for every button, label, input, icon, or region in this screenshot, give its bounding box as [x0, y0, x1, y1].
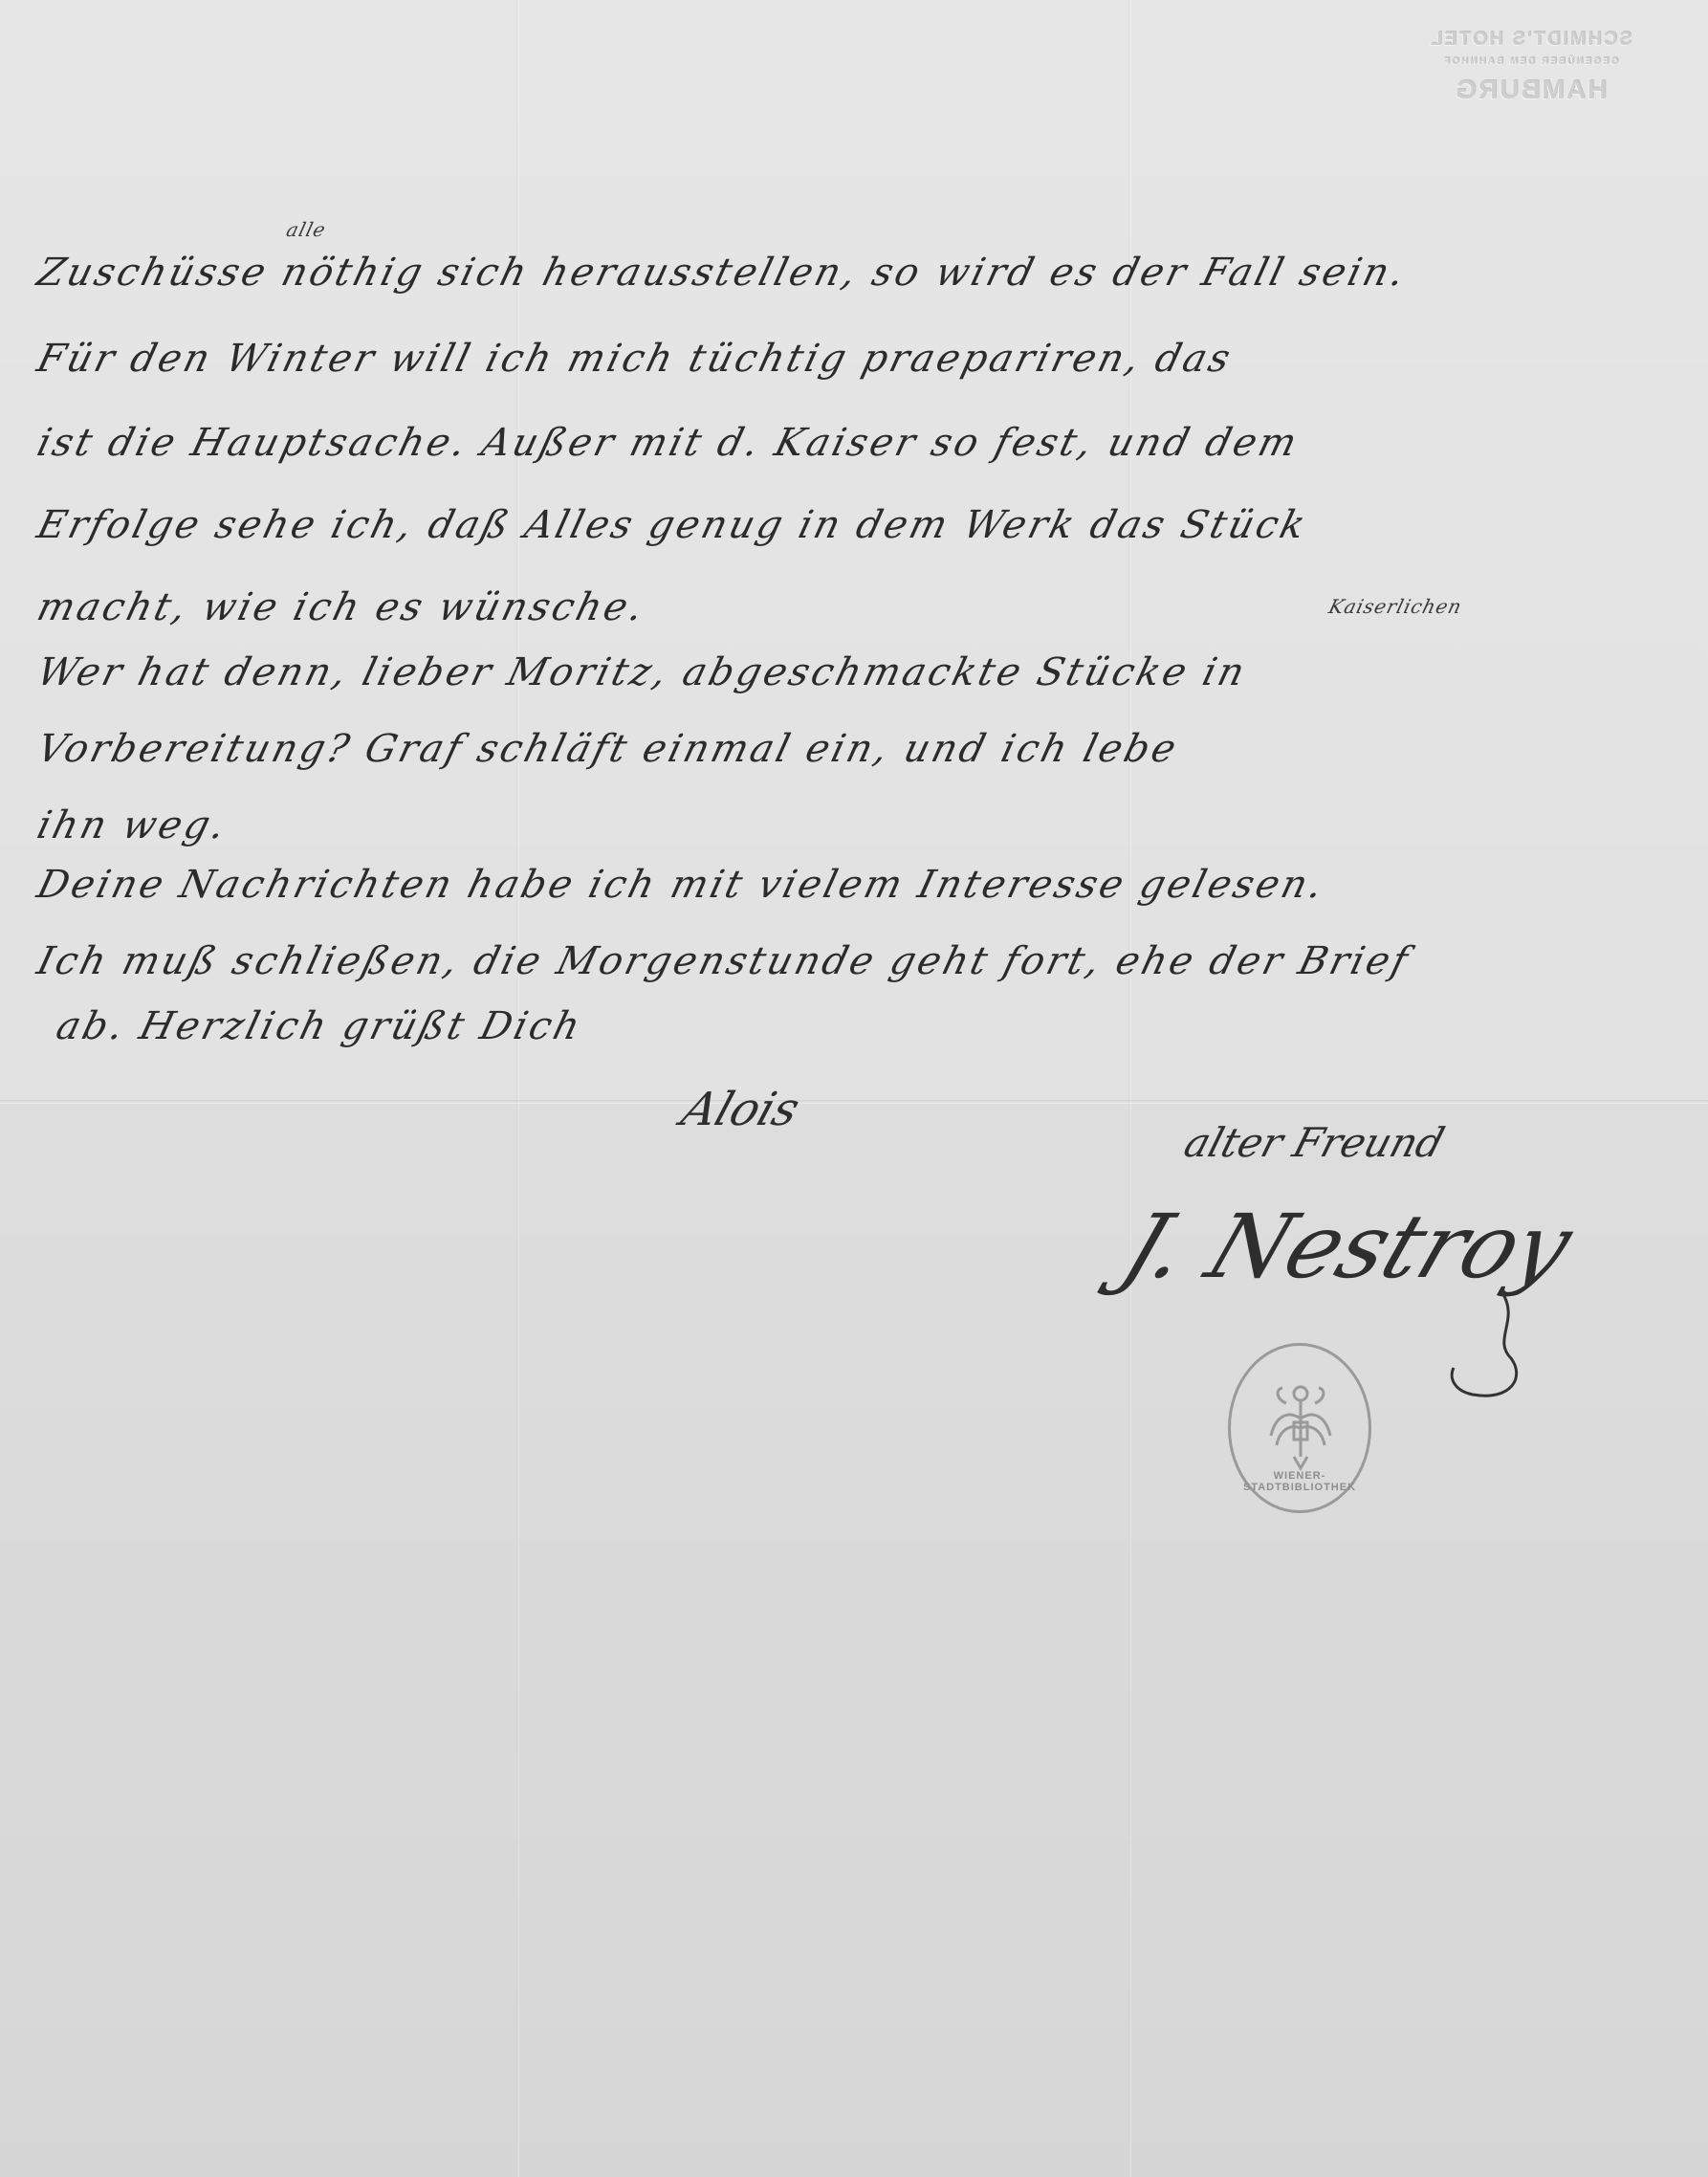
letter-line-10: Ich muß schließen, die Morgenstunde geht…	[33, 939, 1414, 983]
fold-line-vertical-right	[1128, 0, 1131, 2177]
letter-line-4: Erfolge sehe ich, daß Alles genug in dem…	[33, 503, 1312, 547]
letter-line-1: Zuschüsse nöthig sich herausstellen, so …	[33, 251, 1412, 295]
letter-line-11: ab. Herzlich grüßt Dich	[52, 1004, 587, 1048]
letterhead-line-1: SCHMIDT'S HOTEL	[1406, 29, 1654, 51]
fold-line-horizontal	[0, 1100, 1708, 1104]
superscript-insert-2: Kaiserlichen	[1326, 595, 1464, 618]
closing-name-left: Alois	[675, 1083, 806, 1136]
letter-line-6: Wer hat denn, lieber Moritz, abgeschmack…	[33, 650, 1251, 694]
letter-line-9: Deine Nachrichten habe ich mit vielem In…	[33, 863, 1329, 907]
double-eagle-icon	[1267, 1380, 1334, 1476]
signature-flourish	[1444, 1282, 1530, 1406]
fold-line-vertical-left	[516, 0, 519, 2177]
letter-line-8: ihn weg.	[33, 803, 232, 847]
letter-line-3: ist die Hauptsache. Außer mit d. Kaiser …	[33, 421, 1303, 465]
superscript-insert: alle	[284, 218, 329, 241]
embossed-letterhead: SCHMIDT'S HOTEL GEGENÜBER DEM BAHNHOF HA…	[1406, 29, 1654, 105]
letterhead-city: HAMBURG	[1406, 75, 1654, 105]
letter-line-2: Für den Winter will ich mich tüchtig pra…	[33, 337, 1237, 381]
letter-line-7: Vorbereitung? Graf schläft einmal ein, u…	[33, 727, 1183, 771]
library-stamp: WIENER-STADTBIBLIOTHEK	[1228, 1343, 1371, 1513]
closing-phrase: alter Freund	[1179, 1119, 1450, 1166]
stamp-text: WIENER-STADTBIBLIOTHEK	[1231, 1470, 1369, 1493]
letter-line-5: macht, wie ich es wünsche.	[33, 585, 650, 629]
letterhead-line-2: GEGENÜBER DEM BAHNHOF	[1406, 56, 1654, 67]
